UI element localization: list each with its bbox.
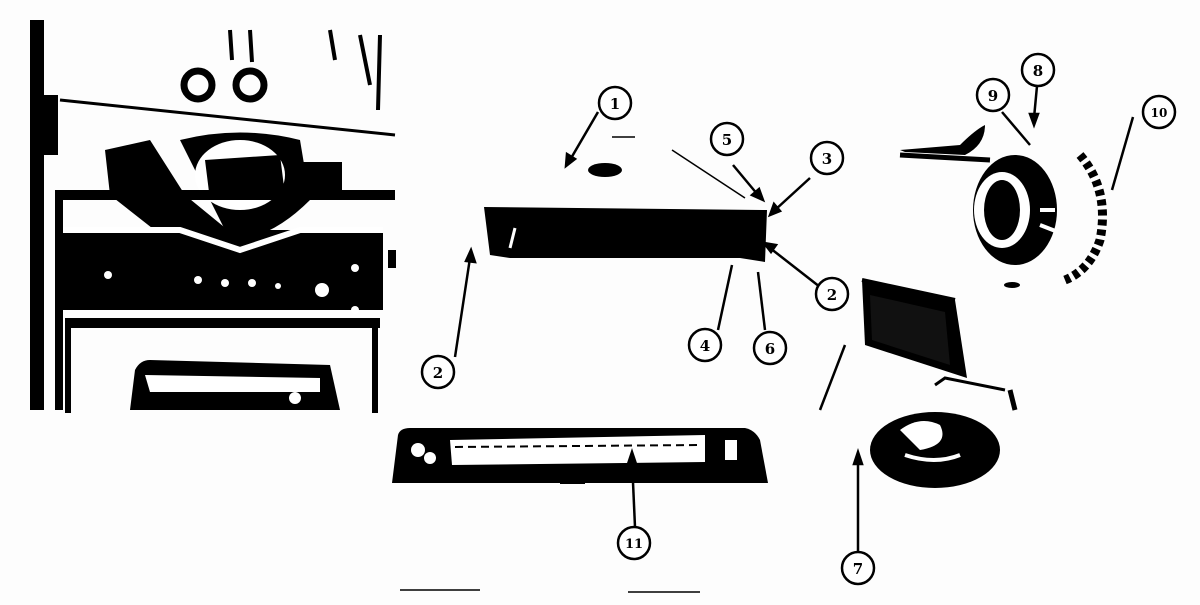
svg-text:6: 6 [765,340,775,358]
callout-9: 9 [977,79,1009,111]
callout-11: 11 [618,527,650,559]
grille-part [862,280,967,378]
callout-3: 3 [811,142,843,174]
callout-1: 1 [599,87,631,119]
svg-text:5: 5 [722,131,732,149]
svg-text:8: 8 [1033,62,1043,80]
callout-5: 5 [711,123,743,155]
callout-4: 4 [689,329,721,361]
trim-strip-part [392,428,768,484]
svg-text:1: 1 [610,95,620,113]
svg-text:2: 2 [827,286,837,304]
knob-assembly-part [900,125,1103,288]
svg-text:2: 2 [433,364,443,382]
scan-artifacts [400,590,700,592]
callout-10: 10 [1143,96,1175,128]
callout-2-right: 2 [816,278,848,310]
svg-text:9: 9 [988,87,998,105]
callout-6: 6 [754,332,786,364]
svg-text:11: 11 [625,537,643,552]
dish-part [870,378,1015,488]
svg-text:10: 10 [1151,106,1168,120]
parts-illustration: 1 5 3 2 2 4 6 9 8 10 11 7 [0,0,1200,605]
callout-8: 8 [1022,54,1054,86]
callout-2-left: 2 [422,356,454,388]
svg-text:4: 4 [700,337,710,355]
callout-7: 7 [842,552,874,584]
svg-text:7: 7 [853,560,863,578]
svg-text:3: 3 [822,150,832,168]
console-unit-photo [30,20,396,413]
